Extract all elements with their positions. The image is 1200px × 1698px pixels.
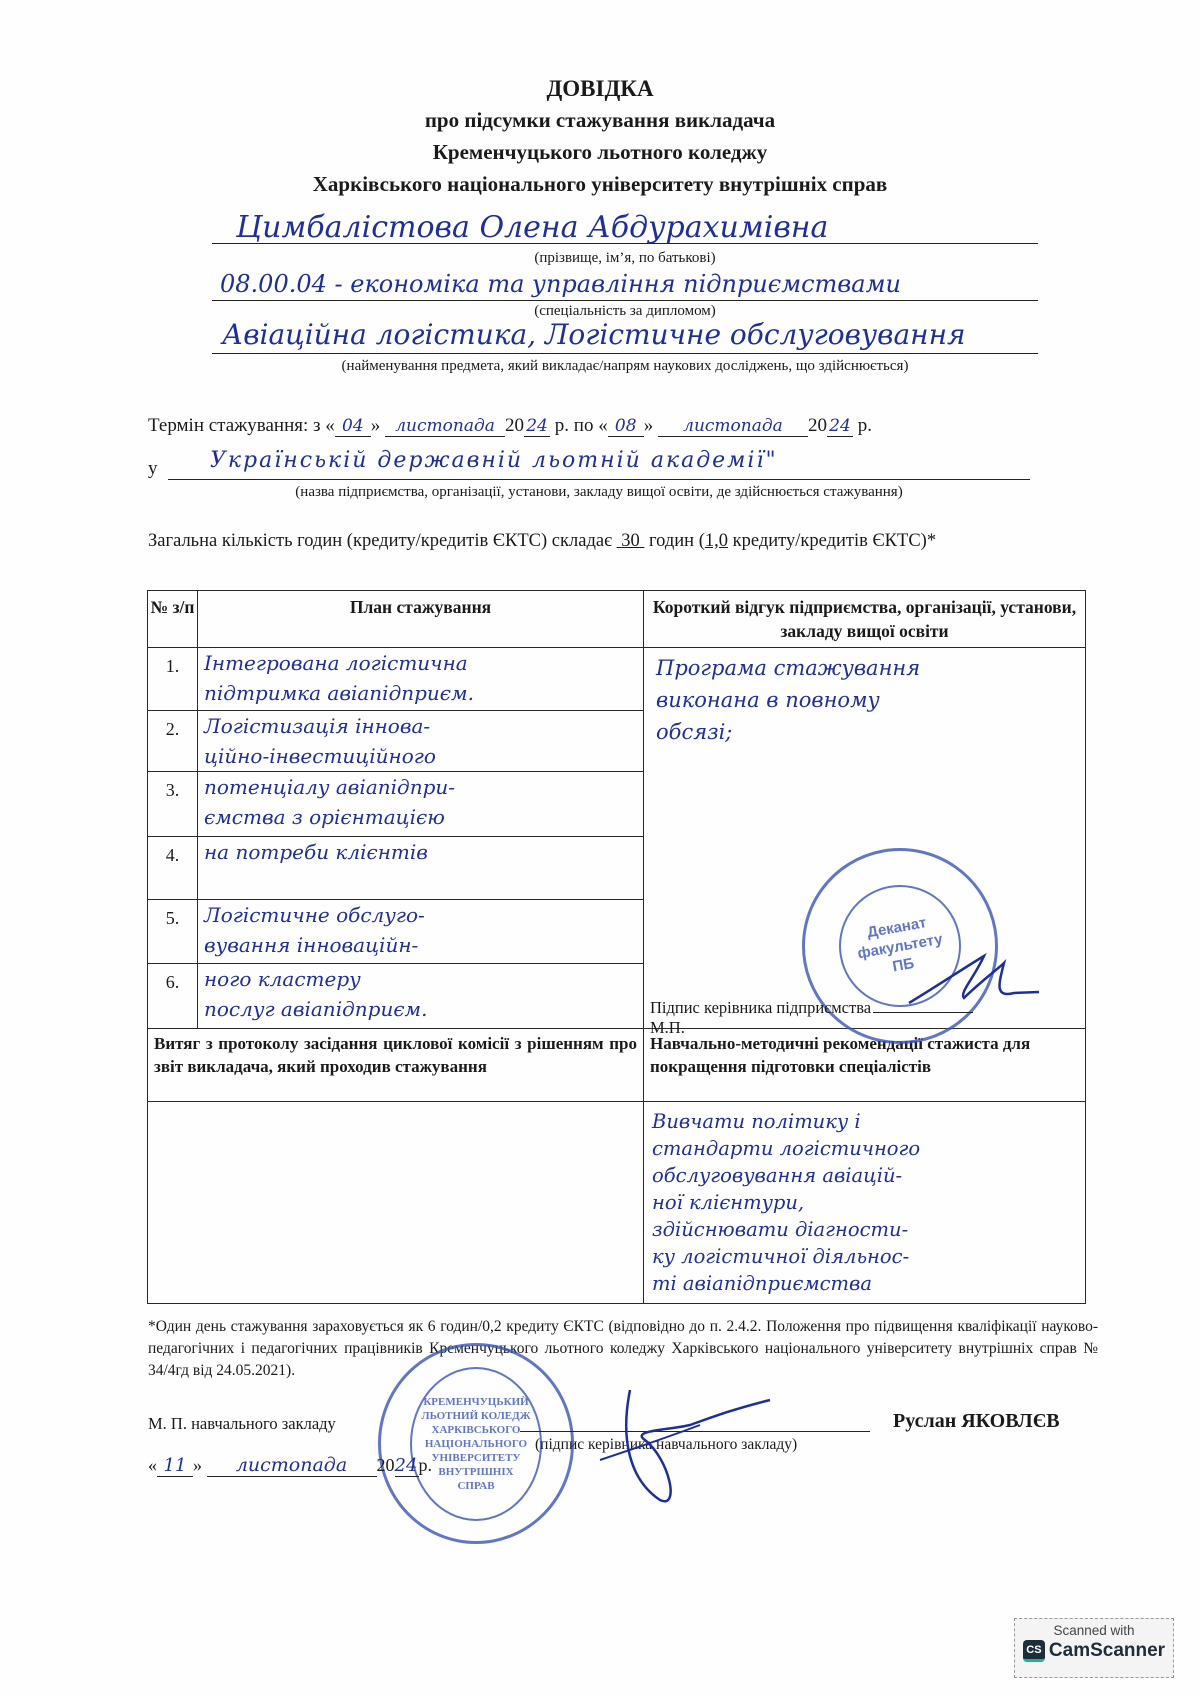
hours-text-after: кредиту/кредитів ЄКТС)*	[733, 531, 936, 551]
term-to-year: 24	[827, 416, 853, 437]
credits-value: 1,0	[705, 531, 728, 551]
camscanner-logo-icon: CS	[1023, 1640, 1045, 1662]
term-year-prefix-2: 20	[808, 415, 827, 436]
document-subtitle: про підсумки стажування викладача	[0, 108, 1200, 133]
head-signature-scribble	[560, 1380, 780, 1520]
table-row: 1. Інтегрована логістичнапідтримка авіап…	[148, 648, 1086, 711]
plan-item: Інтегрована логістичнапідтримка авіапідп…	[198, 648, 644, 711]
total-hours: Загальна кількість годин (кредиту/кредит…	[148, 528, 1098, 554]
protocol-header: Витяг з протоколу засідання циклової ком…	[148, 1029, 644, 1102]
term-end: р.	[858, 415, 872, 436]
plan-item: ного кластерупослуг авіапідприєм.	[198, 964, 644, 1029]
enterprise-signature-label: Підпис керівника підприємства	[650, 998, 871, 1017]
enterprise-mp-label: М.П.	[650, 1018, 973, 1038]
institution-mp-label: М. П. навчального закладу	[148, 1414, 336, 1434]
signoff-year: 24	[395, 1455, 419, 1477]
internship-term: Термін стажування: з «04» листопада2024 …	[148, 415, 872, 437]
protocol-cell	[148, 1102, 644, 1304]
subject-line	[212, 352, 1038, 354]
col-header-feedback: Короткий відгук підприємства, організаці…	[644, 591, 1086, 648]
hours-text-middle: годин (	[649, 531, 705, 551]
recommendations-cell: Вивчати політику і стандарти логістичног…	[644, 1102, 1086, 1304]
head-name: Руслан ЯКОВЛЄВ	[893, 1410, 1060, 1433]
table-lower-row: Вивчати політику і стандарти логістичног…	[148, 1102, 1086, 1304]
signoff-day: 11	[157, 1455, 193, 1477]
plan-item: потенціалу авіапідпри-ємства з орієнтаці…	[198, 772, 644, 837]
hours-value: 30	[617, 531, 645, 551]
hours-text-before: Загальна кількість годин (кредиту/кредит…	[148, 531, 612, 551]
term-to-label: р. по «	[555, 415, 608, 436]
full-name-caption: (прізвище, ім’я, по батькові)	[212, 250, 1038, 267]
recommendations-header: Навчально-методичні рекомендації стажист…	[644, 1029, 1086, 1102]
row-number: 2.	[148, 711, 198, 772]
row-number: 3.	[148, 772, 198, 837]
term-from-year: 24	[524, 416, 550, 437]
subject-caption: (найменування предмета, який викладає/на…	[212, 358, 1038, 375]
row-number: 5.	[148, 900, 198, 964]
plan-item: на потреби клієнтів	[198, 837, 644, 900]
feedback-text: Програма стажування виконана в повному о…	[656, 652, 920, 748]
camscanner-watermark: Scanned with CS CamScanner	[1014, 1618, 1174, 1678]
row-number: 4.	[148, 837, 198, 900]
full-name-value: Цимбалістова Олена Абдурахимівна	[236, 210, 828, 245]
watermark-brand: CamScanner	[1049, 1640, 1165, 1662]
subject-value: Авіаційна логістика, Логістичне обслугов…	[222, 318, 966, 351]
feedback-cell: Програма стажування виконана в повному о…	[644, 648, 1086, 1029]
table-header-row: № з/п План стажування Короткий відгук пі…	[148, 591, 1086, 648]
internship-plan-table: № з/п План стажування Короткий відгук пі…	[147, 590, 1086, 1304]
table-lower-header-row: Витяг з протоколу засідання циклової ком…	[148, 1029, 1086, 1102]
specialty-line	[212, 299, 1038, 301]
watermark-caption: Scanned with	[1015, 1623, 1173, 1638]
place-line	[168, 478, 1030, 480]
place-caption: (назва підприємства, організації, устано…	[168, 484, 1030, 501]
row-number: 6.	[148, 964, 198, 1029]
term-year-prefix: 20	[505, 415, 524, 436]
col-header-number: № з/п	[148, 591, 198, 648]
enterprise-signature-block: Підпис керівника підприємства М.П.	[650, 998, 973, 1038]
plan-item: Логістизація іннова-ційно-інвестиційного	[198, 711, 644, 772]
term-quote: »	[371, 415, 381, 436]
col-header-plan: План стажування	[198, 591, 644, 648]
term-to-day: 08	[608, 416, 644, 437]
university-name: Харківського національного університету …	[0, 172, 1200, 197]
college-name: Кременчуцького льотного коледжу	[0, 140, 1200, 165]
document-title: ДОВІДКА	[0, 76, 1200, 102]
plan-item: Логістичне обслуго-вування інноваційн-	[198, 900, 644, 964]
place-value: Українській державній льотній академії"	[210, 448, 778, 473]
signoff-date: «11» листопада2024р.	[148, 1454, 432, 1477]
term-to-month: листопада	[658, 416, 808, 437]
row-number: 1.	[148, 648, 198, 711]
term-quote-2: »	[644, 415, 654, 436]
term-from-day: 04	[335, 416, 371, 437]
term-label: Термін стажування: з «	[148, 415, 335, 436]
footnote: *Один день стажування зараховується як 6…	[148, 1316, 1098, 1382]
term-from-month: листопада	[385, 416, 505, 437]
place-prefix: у	[148, 458, 158, 480]
signoff-month: листопада	[207, 1454, 377, 1477]
specialty-value: 08.00.04 - економіка та управління підпр…	[220, 270, 901, 298]
